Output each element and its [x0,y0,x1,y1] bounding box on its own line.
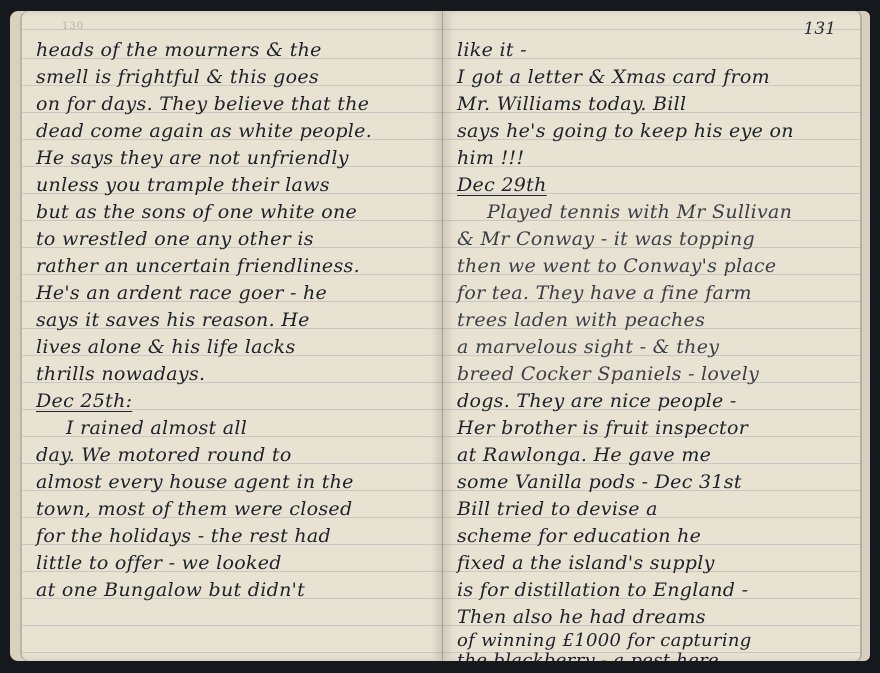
faint-page-mark: 130 [62,21,84,32]
text-line: almost every house agent in the [10,469,443,496]
right-page: 131 like it - I got a letter & Xmas card… [443,11,870,661]
entry-date-heading: Dec 29th [443,172,870,199]
text-line: dogs. They are nice people - [443,388,870,415]
text-line: He's an ardent race goer - he [10,280,443,307]
text-line: little to offer - we looked [10,550,443,577]
text-line: says it saves his reason. He [10,307,443,334]
text-line: is for distillation to England - [443,577,870,604]
text-line: smell is frightful & this goes [10,64,443,91]
text-line: like it - [443,37,870,64]
page-number: 131 [804,19,836,39]
text-line: dead come again as white people. [10,118,443,145]
text-line: trees laden with peaches [443,307,870,334]
text-line: thrills nowadays. [10,361,443,388]
text-line: some Vanilla pods - Dec 31st [443,469,870,496]
text-line: Played tennis with Mr Sullivan [443,199,870,226]
text-line: for the holidays - the rest had [10,523,443,550]
text-line: a marvelous sight - & they [443,334,870,361]
text-line: fixed a the island's supply [443,550,870,577]
text-line: scheme for education he [443,523,870,550]
text-line: breed Cocker Spaniels - lovely [443,361,870,388]
text-line: but as the sons of one white one [10,199,443,226]
text-line: day. We motored round to [10,442,443,469]
text-line: him !!! [443,145,870,172]
left-page-lines: heads of the mourners & the smell is fri… [10,37,443,604]
text-line: of winning £1000 for capturing [443,631,870,651]
text-line: I got a letter & Xmas card from [443,64,870,91]
text-line: then we went to Conway's place [443,253,870,280]
right-page-lines: like it - I got a letter & Xmas card fro… [443,37,870,661]
text-line: I rained almost all [10,415,443,442]
entry-date-heading: Dec 25th: [10,388,443,415]
text-line: on for days. They believe that the [10,91,443,118]
text-line: says he's going to keep his eye on [443,118,870,145]
text-line: heads of the mourners & the [10,37,443,64]
text-line: He says they are not unfriendly [10,145,443,172]
open-notebook: 130 heads of the mourners & the smell is… [10,11,870,661]
text-line: Bill tried to devise a [443,496,870,523]
text-line: for tea. They have a fine farm [443,280,870,307]
text-line: Her brother is fruit inspector [443,415,870,442]
text-line: lives alone & his life lacks [10,334,443,361]
text-line: & Mr Conway - it was topping [443,226,870,253]
text-line: unless you trample their laws [10,172,443,199]
text-line: town, most of them were closed [10,496,443,523]
text-line: Mr. Williams today. Bill [443,91,870,118]
left-page: 130 heads of the mourners & the smell is… [10,11,443,661]
text-line: to wrestled one any other is [10,226,443,253]
text-line: at one Bungalow but didn't [10,577,443,604]
text-line: rather an uncertain friendliness. [10,253,443,280]
text-line: at Rawlonga. He gave me [443,442,870,469]
text-line: Then also he had dreams [443,604,870,631]
text-line: the blackberry - a pest here [443,651,870,661]
